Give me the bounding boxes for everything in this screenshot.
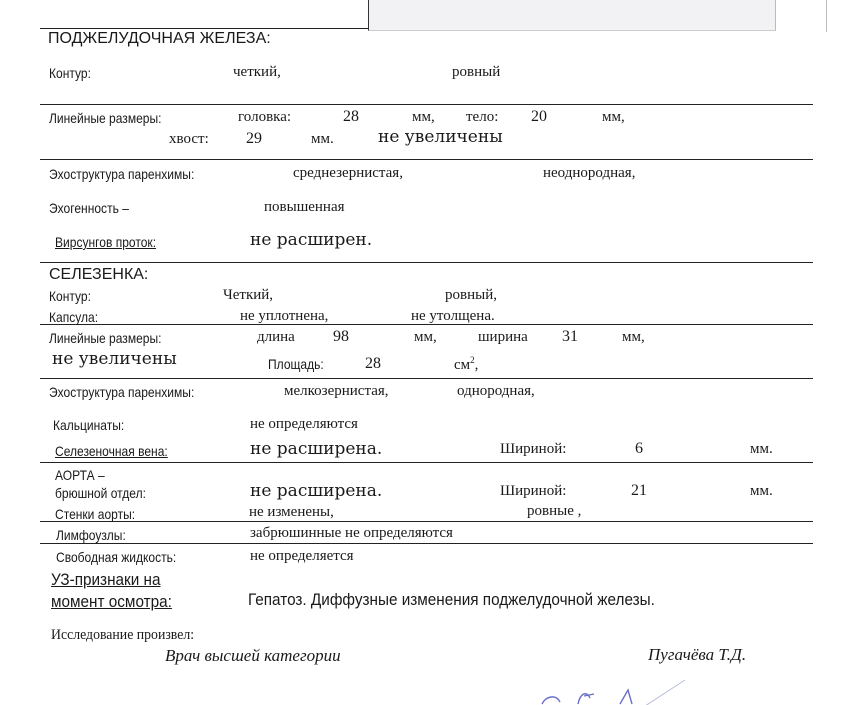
- aorta-walls-label: Стенки аорты:: [55, 506, 135, 522]
- spleen-contour-value-2: ровный,: [445, 287, 497, 304]
- pancreas-body-value: 20: [531, 108, 547, 126]
- pancreas-contour-value-1: четкий,: [233, 64, 281, 81]
- spleen-width-unit: мм,: [622, 329, 645, 346]
- spleen-width-label: ширина: [478, 329, 528, 346]
- spleen-echostructure-label: Эхоструктура паренхимы:: [49, 384, 194, 400]
- spleen-area-suffix: ,: [475, 357, 479, 373]
- pancreas-sizes-label: Линейные размеры:: [49, 110, 161, 126]
- pancreas-head-label: головка:: [238, 109, 291, 126]
- conclusion-label-line2: момент осмотра:: [51, 592, 172, 612]
- pancreas-body-unit: мм,: [602, 109, 625, 126]
- spleen-capsule-value-2: не утолщена.: [411, 308, 495, 325]
- spleen-length-unit: мм,: [414, 329, 437, 346]
- lymph-nodes-value: забрюшинные не определяются: [250, 525, 453, 542]
- attached-paper-fragment: [368, 0, 776, 31]
- spleen-width-value: 31: [562, 328, 578, 346]
- lymph-nodes-label: Лимфоузлы:: [56, 527, 126, 543]
- aorta-value: не расширена.: [250, 481, 382, 501]
- spleen-sizes-label: Линейные размеры:: [49, 330, 161, 346]
- doctor-name: Пугачёва Т.Д.: [648, 645, 746, 665]
- aorta-width-label: Шириной:: [500, 483, 566, 500]
- paper-edge: [774, 0, 827, 32]
- aorta-title: АОРТА –: [55, 467, 105, 483]
- free-fluid-label: Свободная жидкость:: [56, 549, 176, 565]
- divider: [40, 28, 368, 29]
- pancreas-echostructure-value-2: неоднородная,: [543, 165, 635, 182]
- pancreas-head-unit: мм,: [412, 109, 435, 126]
- pancreas-head-value: 28: [343, 108, 359, 126]
- divider: [40, 462, 813, 463]
- spleen-area-label: Площадь:: [268, 356, 324, 372]
- signature: [520, 676, 720, 705]
- spleen-length-value: 98: [333, 328, 349, 346]
- pancreas-tail-unit: мм.: [311, 131, 334, 148]
- performed-by-label: Исследование произвел:: [51, 627, 194, 644]
- pancreas-size-conclusion: не увеличены: [378, 127, 503, 147]
- aorta-width-unit: мм.: [750, 483, 773, 500]
- aorta-width-value: 21: [631, 482, 647, 500]
- spleen-echostructure-value-2: однородная,: [457, 383, 535, 400]
- spleen-area-unit: см: [454, 357, 470, 373]
- pancreas-echostructure-label: Эхоструктура паренхимы:: [49, 166, 194, 182]
- free-fluid-value: не определяется: [250, 548, 354, 565]
- divider: [40, 324, 813, 325]
- pancreas-title: ПОДЖЕЛУДОЧНАЯ ЖЕЛЕЗА:: [48, 30, 271, 48]
- aorta-walls-value-2: ровные ,: [527, 503, 581, 520]
- spleen-calcifications-value: не определяются: [250, 416, 358, 433]
- spleen-vein-width-label: Шириной:: [500, 441, 566, 458]
- pancreas-tail-value: 29: [246, 130, 262, 148]
- spleen-vein-width-unit: мм.: [750, 441, 773, 458]
- aorta-walls-value-1: не изменены,: [249, 504, 334, 521]
- spleen-vein-label: Селезеночная вена:: [55, 443, 168, 459]
- spleen-title: СЕЛЕЗЕНКА:: [49, 266, 148, 284]
- spleen-vein-width-value: 6: [635, 440, 643, 458]
- divider: [40, 262, 813, 263]
- pancreas-echogenicity-value: повышенная: [264, 199, 345, 216]
- aorta-section-label: брюшной отдел:: [55, 485, 146, 501]
- pancreas-contour-label: Контур:: [49, 65, 91, 81]
- pancreas-tail-label: хвост:: [169, 131, 209, 148]
- divider: [40, 521, 813, 522]
- divider: [40, 159, 813, 160]
- spleen-calcifications-label: Кальцинаты:: [53, 417, 124, 433]
- spleen-echostructure-value-1: мелкозернистая,: [284, 383, 389, 400]
- spleen-capsule-value-1: не уплотнена,: [240, 308, 328, 325]
- pancreas-contour-value-2: ровный: [452, 64, 500, 81]
- pancreas-echogenicity-label: Эхогенность –: [49, 200, 129, 216]
- spleen-size-conclusion: не увеличены: [52, 349, 177, 369]
- spleen-length-label: длина: [257, 329, 295, 346]
- spleen-contour-label: Контур:: [49, 288, 91, 304]
- divider: [40, 543, 813, 544]
- pancreas-duct-value: не расширен.: [250, 230, 372, 250]
- spleen-area-value: 28: [365, 355, 381, 373]
- doctor-title: Врач высшей категории: [165, 646, 341, 666]
- divider: [40, 378, 813, 379]
- divider: [40, 104, 813, 105]
- conclusion-label-line1: УЗ-признаки на: [51, 570, 160, 590]
- spleen-capsule-label: Капсула:: [49, 309, 98, 325]
- spleen-vein-value: не расширена.: [250, 439, 382, 459]
- spleen-contour-value-1: Четкий,: [223, 287, 273, 304]
- conclusion-value: Гепатоз. Диффузные изменения поджелудочн…: [248, 590, 655, 610]
- pancreas-body-label: тело:: [466, 109, 498, 126]
- pancreas-duct-label: Вирсунгов проток:: [55, 234, 156, 250]
- spleen-area-unit-group: см2,: [454, 355, 478, 374]
- pancreas-echostructure-value-1: среднезернистая,: [293, 165, 403, 182]
